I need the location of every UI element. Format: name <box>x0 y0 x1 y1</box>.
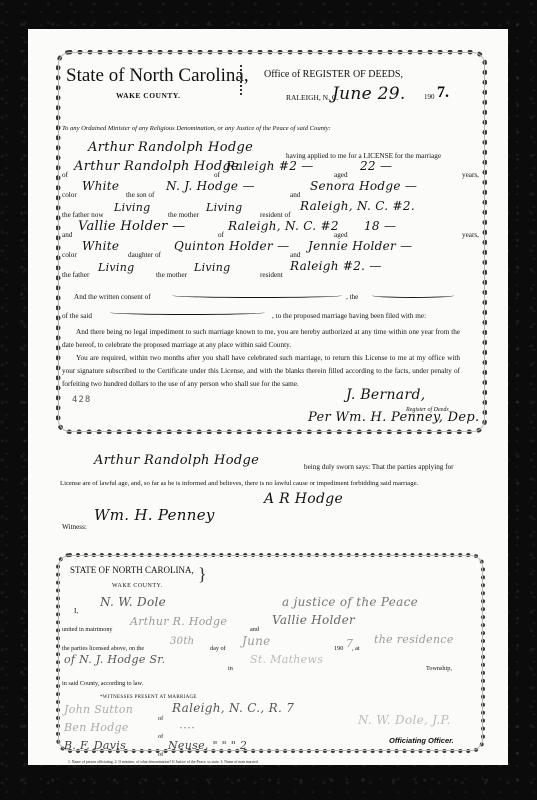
register-signature: J. Bernard, <box>346 387 425 403</box>
aged-label: aged <box>334 231 348 239</box>
of-label: of <box>218 231 224 239</box>
return-requirement-paragraph: You are required, within two months afte… <box>62 352 460 391</box>
officer-label: Officiating Officer. <box>389 736 454 745</box>
of-label: of <box>214 171 220 179</box>
father-label: the father <box>62 271 89 279</box>
township: St. Mathews <box>250 653 323 666</box>
township-label: Township, <box>426 665 452 672</box>
witness-1-residence: Raleigh, N. C., R. 7 <box>172 701 294 715</box>
bride-mother: Jennie Holder — <box>308 239 412 253</box>
and-label: and <box>290 191 300 199</box>
affiant-signature: A R Hodge <box>264 491 343 507</box>
certificate-state: STATE OF NORTH CAROLINA, <box>70 565 194 575</box>
certificate-groom: Arthur R. Hodge <box>130 615 227 628</box>
state-title: State of North Carolina, <box>66 65 249 87</box>
of-label: of <box>62 171 68 179</box>
bride-father: Quinton Holder — <box>174 239 289 253</box>
marriage-day: 30th <box>170 636 194 647</box>
witness-2-name: Ben Hodge <box>64 721 129 734</box>
witness-1-name: John Sutton <box>64 703 133 716</box>
groom-age: 22 — <box>360 159 392 173</box>
groom-mother: Senora Hodge — <box>310 179 417 193</box>
parties-label: the parties licensed above, on the <box>62 645 144 652</box>
consent-blank-1 <box>172 293 342 298</box>
groom-father-status: Living <box>114 201 150 214</box>
groom-mother-status: Living <box>206 201 242 214</box>
groom-father: N. J. Hodge — <box>166 179 255 193</box>
at-label: , at <box>352 645 360 652</box>
color-label: color <box>62 251 77 259</box>
marriage-place-2: of N. J. Hodge Sr. <box>64 653 165 666</box>
witness-signature: Wm. H. Penney <box>94 506 215 524</box>
affidavit-line-2: License are of lawful age, and, so far a… <box>60 480 418 487</box>
marriage-month: June <box>242 634 271 648</box>
of-label: of <box>158 751 163 758</box>
affidavit-line-1: being duly sworn says: That the parties … <box>304 463 454 471</box>
years-label: years, <box>462 171 479 179</box>
year-suffix: 7. <box>437 84 449 102</box>
resident-label: resident <box>260 271 283 279</box>
groom-residence: Raleigh #2 — <box>226 159 314 173</box>
deputy-signature: Per Wm. H. Penney, Dep. <box>308 410 479 425</box>
witness-3-residence: Neuse, " " " 2 <box>168 739 247 752</box>
certificate-bracket: } <box>198 564 207 585</box>
father-now-label: the father now <box>62 211 104 219</box>
son-of-label: the son of <box>126 191 154 199</box>
i-label: I, <box>74 607 78 615</box>
witness-3-name: B. F. Davis <box>64 739 126 752</box>
bride-age: 18 — <box>364 219 396 233</box>
mother-label: the mother <box>156 271 187 279</box>
bride-mother-status: Living <box>194 261 230 274</box>
year-prefix: 190 <box>334 645 343 652</box>
of-the-said-label: of the said <box>62 312 92 320</box>
marriage-license-page: State of North Carolina, WAKE COUNTY. Of… <box>28 29 508 765</box>
the-label: , the <box>346 293 358 301</box>
consent-label: And the written consent of <box>74 293 151 301</box>
witnesses-label: *WITNESSES PRESENT AT MARRIAGE <box>100 695 197 700</box>
license-date: June 29. <box>332 84 406 104</box>
years-label: years, <box>462 231 479 239</box>
salutation: To any Ordained Minister of any Religiou… <box>62 125 331 132</box>
resident-of-label: resident of <box>260 211 291 219</box>
bride-name: Vallie Holder — <box>78 219 185 234</box>
day-of-label: day of <box>210 645 226 652</box>
groom-parents-residence: Raleigh, N. C. #2. <box>300 199 415 213</box>
and-label: and <box>250 626 259 633</box>
and-label: and <box>62 231 72 239</box>
consent-blank-2 <box>372 293 454 298</box>
united-label: united in matrimony <box>62 626 113 633</box>
groom-color: White <box>82 179 119 193</box>
certificate-county: WAKE COUNTY. <box>112 583 163 589</box>
bride-father-status: Living <box>98 261 134 274</box>
marriage-place-1: the residence <box>374 633 454 646</box>
bride-residence: Raleigh, N. C. #2 <box>228 219 339 233</box>
witness-2-residence: " " " " <box>180 727 194 733</box>
header-divider <box>240 65 244 95</box>
and-label: and <box>290 251 300 259</box>
of-label: of <box>158 733 163 740</box>
footnote-line-1: 1. Name of person officiating. 2. If min… <box>68 760 259 764</box>
applicant-name: Arthur Randolph Hodge <box>88 140 253 155</box>
county-label: WAKE COUNTY. <box>116 91 180 100</box>
mother-label: the mother <box>168 211 199 219</box>
of-label: of <box>158 715 163 722</box>
bride-color: White <box>82 239 119 253</box>
witness-label: Witness: <box>62 523 87 531</box>
consent-blank-3 <box>110 310 265 315</box>
footnote-line-2: 4. Name of woman married. 5. Place of ma… <box>68 765 266 769</box>
year-prefix: 190 <box>424 93 435 101</box>
affiant-name: Arthur Randolph Hodge <box>94 453 259 468</box>
authorization-paragraph: And there being no legal impediment to s… <box>62 326 460 352</box>
officiant-title: a justice of the Peace <box>282 595 418 609</box>
color-label: color <box>62 191 77 199</box>
officer-signature: N. W. Dole, J.P. <box>358 713 451 727</box>
aged-label: aged <box>334 171 348 179</box>
county-law: in said County, according to law. <box>62 680 143 687</box>
officiant-name: N. W. Dole <box>100 595 166 609</box>
daughter-of-label: daughter of <box>128 251 161 259</box>
office-label: Office of REGISTER OF DEEDS, <box>264 69 403 80</box>
bride-parents-residence: Raleigh #2. — <box>290 259 382 273</box>
city-label: RALEIGH, N. C. <box>286 93 339 102</box>
license-number: 428 <box>72 395 91 405</box>
in-label: in <box>228 665 233 672</box>
filed-label: , to the proposed marriage having been f… <box>272 312 426 320</box>
certificate-bride: Vallie Holder <box>272 613 355 627</box>
